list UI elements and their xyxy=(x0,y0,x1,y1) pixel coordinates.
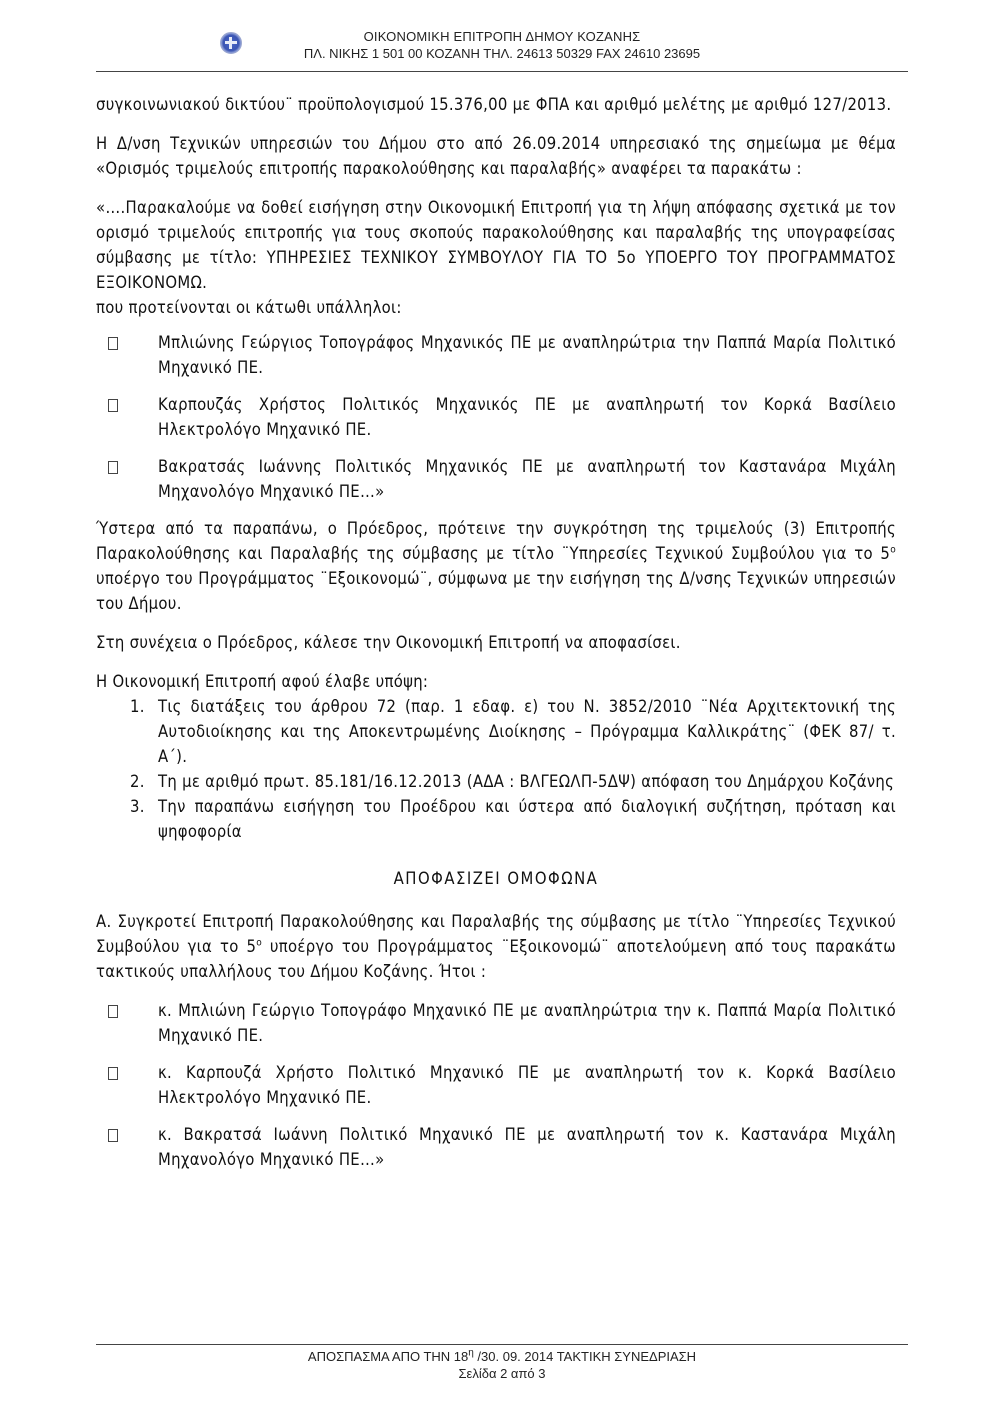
bullet-icon xyxy=(108,461,118,474)
bullet-icon xyxy=(108,399,118,412)
list-item: Καρπουζάς Χρήστος Πολιτικός Μηχανικός ΠΕ… xyxy=(96,392,896,442)
proposed-employees-list: Μπλιώνης Γεώργιος Τοπογράφος Μηχανικός Π… xyxy=(96,330,896,504)
paragraph-considerations-intro: Η Οικονομική Επιτροπή αφού έλαβε υπόψη: xyxy=(96,669,896,694)
paragraph-call-to-decide: Στη συνέχεια ο Πρόεδρος, κάλεσε την Οικο… xyxy=(96,630,896,655)
footer-divider xyxy=(96,1344,908,1345)
paragraph-technical-services: Η Δ/νση Τεχνικών υπηρεσιών του Δήμου στο… xyxy=(96,131,896,181)
committee-members-list: κ. Μπλιώνη Γεώργιο Τοπογράφο Μηχανικό ΠΕ… xyxy=(96,998,896,1172)
list-item: Βακρατσάς Ιωάννης Πολιτικός Μηχανικός ΠΕ… xyxy=(96,454,896,504)
paragraph-intro: συγκοινωνιακού δικτύου¨ προϋπολογισμού 1… xyxy=(96,92,896,117)
page-footer: ΑΠΟΣΠΑΣΜΑ ΑΠΟ ΤΗΝ 18η /30. 09. 2014 ΤΑΚΤ… xyxy=(96,1348,908,1382)
list-item: 1.Τις διατάξεις του άρθρου 72 (παρ. 1 εδ… xyxy=(96,694,896,769)
paragraph-chairman-proposal: Ύστερα από τα παραπάνω, ο Πρόεδρος, πρότ… xyxy=(96,516,896,616)
header-divider xyxy=(96,71,908,72)
document-body: συγκοινωνιακού δικτύου¨ προϋπολογισμού 1… xyxy=(96,92,896,1184)
list-item: 2.Τη με αριθμό πρωτ. 85.181/16.12.2013 (… xyxy=(96,769,896,794)
list-item: κ. Μπλιώνη Γεώργιο Τοπογράφο Μηχανικό ΠΕ… xyxy=(96,998,896,1048)
letterhead-address: ΠΛ. ΝΙΚΗΣ 1 501 00 ΚΟΖΑΝΗ ΤΗΛ. 24613 503… xyxy=(96,45,908,62)
page-number: Σελίδα 2 από 3 xyxy=(96,1365,908,1382)
paragraph-quote: «….Παρακαλούμε να δοθεί εισήγηση στην Οι… xyxy=(96,195,896,295)
footer-session-info: ΑΠΟΣΠΑΣΜΑ ΑΠΟ ΤΗΝ 18η /30. 09. 2014 ΤΑΚΤ… xyxy=(96,1348,908,1365)
decision-heading: ΑΠΟΦΑΣΙΖΕΙ ΟΜΟΦΩΝΑ xyxy=(96,866,896,891)
list-item: κ. Βακρατσά Ιωάννη Πολιτικό Μηχανικό ΠΕ … xyxy=(96,1122,896,1172)
paragraph-decision-a: Α. Συγκροτεί Επιτροπή Παρακολούθησης και… xyxy=(96,909,896,984)
bullet-icon xyxy=(108,1067,118,1080)
list-item: Μπλιώνης Γεώργιος Τοπογράφος Μηχανικός Π… xyxy=(96,330,896,380)
bullet-icon xyxy=(108,1005,118,1018)
list-item: 3.Την παραπάνω εισήγηση του Προέδρου και… xyxy=(96,794,896,844)
bullet-icon xyxy=(108,337,118,350)
letterhead-title: ΟΙΚΟΝΟΜΙΚΗ ΕΠΙΤΡΟΠΗ ΔΗΜΟΥ ΚΟΖΑΝΗΣ xyxy=(96,28,908,45)
bullet-icon xyxy=(108,1129,118,1142)
paragraph-proposed-intro: που προτείνονται οι κάτωθι υπάλληλοι: xyxy=(96,295,896,320)
letterhead: ΟΙΚΟΝΟΜΙΚΗ ΕΠΙΤΡΟΠΗ ΔΗΜΟΥ ΚΟΖΑΝΗΣ ΠΛ. ΝΙ… xyxy=(96,28,908,62)
document-page: ΟΙΚΟΝΟΜΙΚΗ ΕΠΙΤΡΟΠΗ ΔΗΜΟΥ ΚΟΖΑΝΗΣ ΠΛ. ΝΙ… xyxy=(0,0,1000,1415)
list-item: κ. Καρπουζά Χρήστο Πολιτικό Μηχανικό ΠΕ … xyxy=(96,1060,896,1110)
considerations-list: 1.Τις διατάξεις του άρθρου 72 (παρ. 1 εδ… xyxy=(96,694,896,844)
